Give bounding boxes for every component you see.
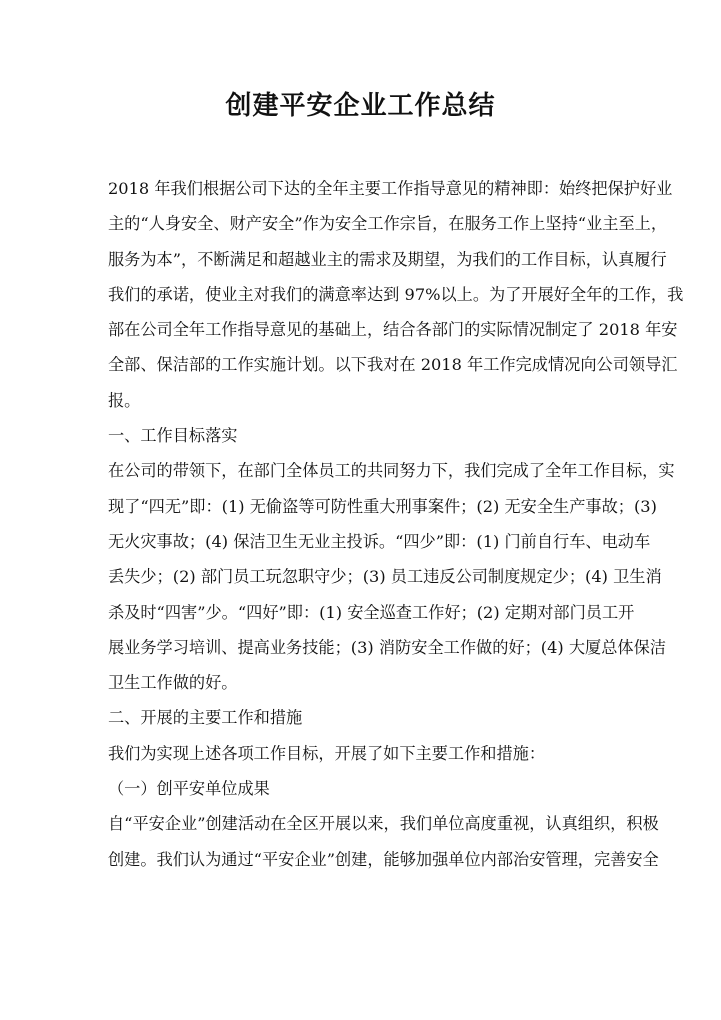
paragraph-line: 服务为本”，不断满足和超越业主的需求及期望，为我们的工作目标，认真履行	[108, 242, 614, 277]
subsection-heading-1: （一）创平安单位成果	[108, 771, 614, 806]
paragraph-line: 展业务学习培训、提高业务技能；(3) 消防安全工作做的好；(4) 大厦总体保洁	[108, 630, 614, 665]
section-heading-1: 一、工作目标落实	[108, 418, 614, 453]
paragraph-line: 杀及时“四害”少。“四好”即：(1) 安全巡查工作好；(2) 定期对部门员工开	[108, 595, 614, 630]
paragraph-line: 无火灾事故；(4) 保洁卫生无业主投诉。“四少”即：(1) 门前自行车、电动车	[108, 524, 614, 559]
paragraph-line: 全部、保洁部的工作实施计划。以下我对在 2018 年工作完成情况向公司领导汇	[108, 347, 614, 382]
paragraph-line: 现了“四无”即：(1) 无偷盗等可防性重大刑事案件；(2) 无安全生产事故；(3…	[108, 489, 614, 524]
section-heading-2: 二、开展的主要工作和措施	[108, 700, 614, 735]
paragraph-line: 我们的承诺，使业主对我们的满意率达到 97%以上。为了开展好全年的工作，我	[108, 277, 614, 312]
paragraph-line: 在公司的带领下，在部门全体员工的共同努力下，我们完成了全年工作目标，实	[108, 453, 614, 488]
document-title: 创建平安企业工作总结	[0, 88, 721, 124]
paragraph-line: 部在公司全年工作指导意见的基础上，结合各部门的实际情况制定了 2018 年安	[108, 312, 614, 347]
paragraph-line: 主的“人身安全、财产安全”作为安全工作宗旨，在服务工作上坚持“业主至上，	[108, 206, 614, 241]
paragraph-line: 报。	[108, 383, 614, 418]
paragraph-line: 2018 年我们根据公司下达的全年主要工作指导意见的精神即：始终把保护好业	[108, 171, 614, 206]
paragraph-line: 创建。我们认为通过“平安企业”创建，能够加强单位内部治安管理，完善安全	[108, 842, 614, 877]
document-body: 2018 年我们根据公司下达的全年主要工作指导意见的精神即：始终把保护好业 主的…	[108, 171, 614, 877]
paragraph-line: 丢失少；(2) 部门员工玩忽职守少；(3) 员工违反公司制度规定少；(4) 卫生…	[108, 559, 614, 594]
paragraph-line: 卫生工作做的好。	[108, 665, 614, 700]
paragraph-line: 自“平安企业”创建活动在全区开展以来，我们单位高度重视，认真组织，积极	[108, 806, 614, 841]
document-page: 创建平安企业工作总结 2018 年我们根据公司下达的全年主要工作指导意见的精神即…	[0, 0, 721, 1020]
paragraph-line: 我们为实现上述各项工作目标，开展了如下主要工作和措施：	[108, 736, 614, 771]
